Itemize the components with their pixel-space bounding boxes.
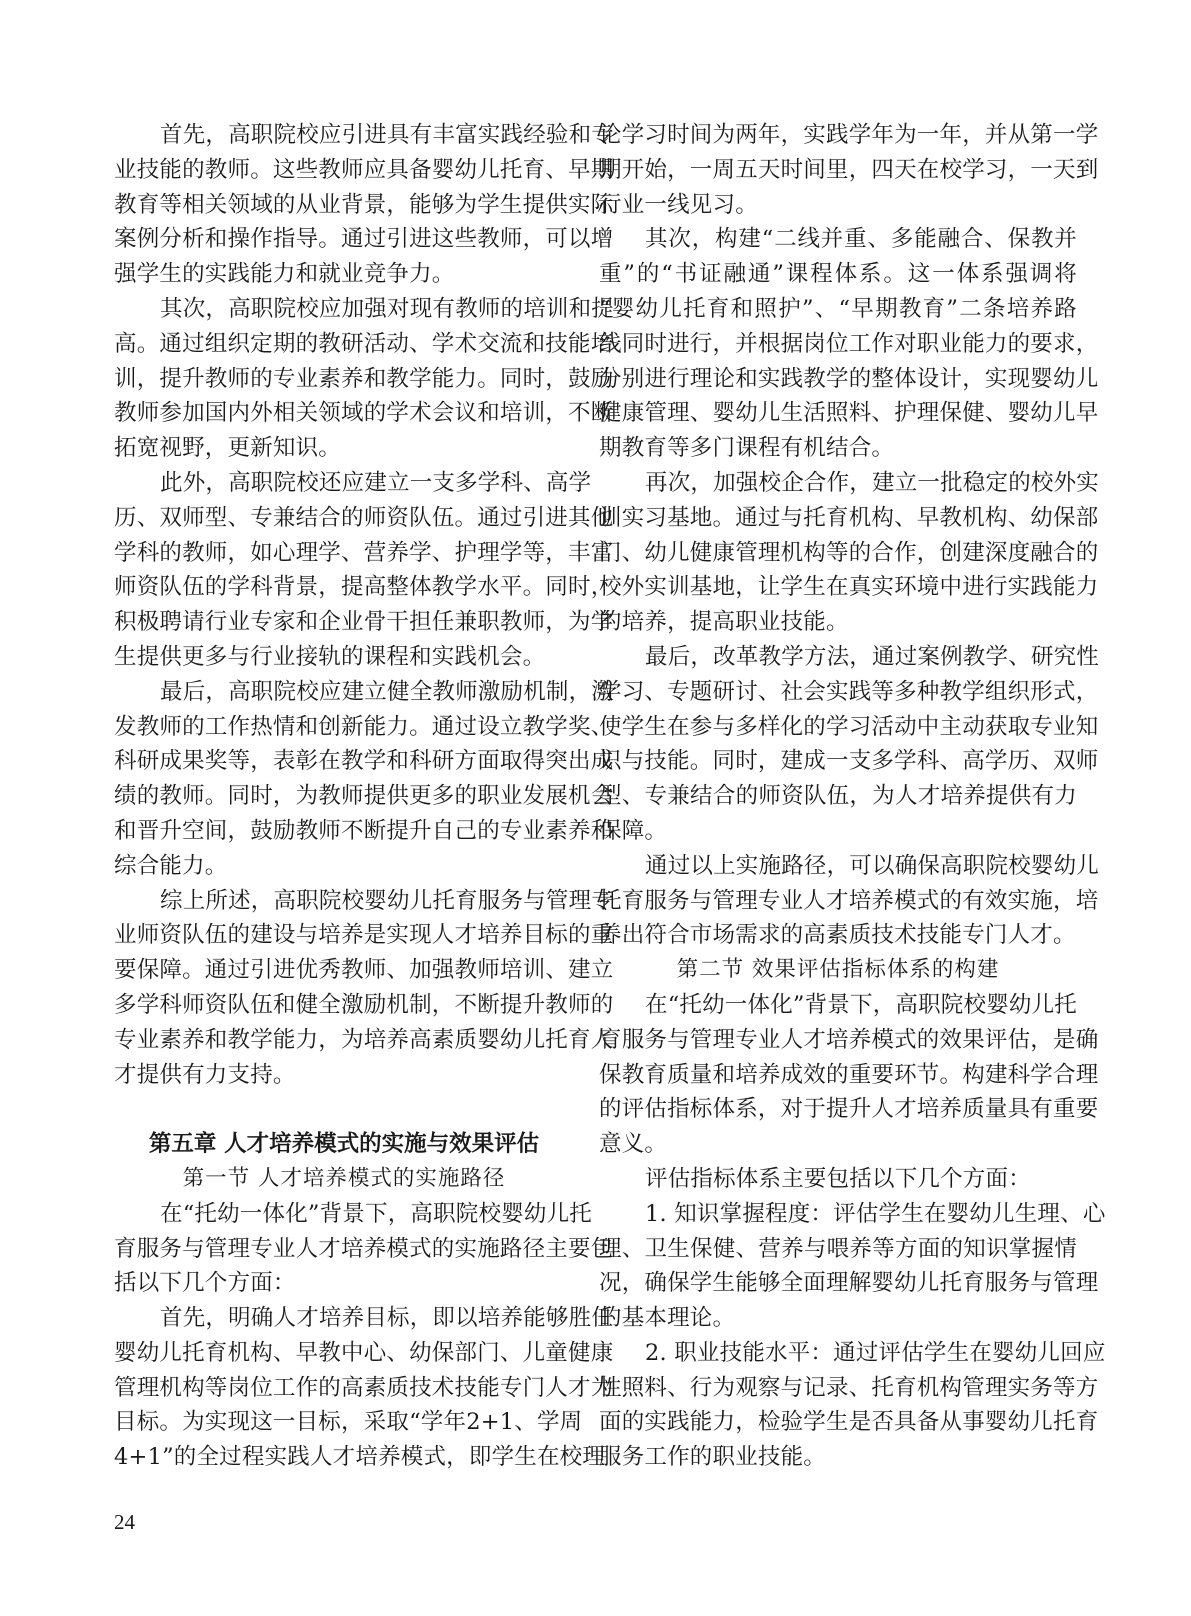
text-line: 通过以上实施路径，可以确保高职院校婴幼儿 [599, 849, 1077, 884]
text-line: 重”的“书证融通”课程体系。这一体系强调将 [599, 257, 1077, 292]
text-line: 1. 知识掌握程度：评估学生在婴幼儿生理、心 [599, 1197, 1077, 1232]
text-line: “婴幼儿托育和照护”、“早期教育”二条培养路 [599, 292, 1077, 327]
text-line: 理、卫生保健、营养与喂养等方面的知识掌握情 [599, 1232, 1077, 1267]
text-line: 科研成果奖等，表彰在教学和科研方面取得突出成 [114, 744, 574, 779]
text-line: 期开始，一周五天时间里，四天在校学习，一天到 [599, 153, 1077, 188]
text-line: 使学生在参与多样化的学习活动中主动获取专业知 [599, 710, 1077, 745]
text-line: 此外，高职院校还应建立一支多学科、高学 [114, 466, 574, 501]
text-line: 首先，高职院校应引进具有丰富实践经验和专 [114, 118, 574, 153]
paragraph: 论学习时间为两年，实践学年为一年，并从第一学期开始，一周五天时间里，四天在校学习… [599, 118, 1077, 222]
text-line: 4+1”的全过程实践人才培养模式，即学生在校理 [114, 1440, 574, 1475]
text-line: 况，确保学生能够全面理解婴幼儿托育服务与管理 [599, 1266, 1077, 1301]
text-line: 最后，改革教学方法，通过案例教学、研究性 [599, 640, 1077, 675]
paragraph: 1. 知识掌握程度：评估学生在婴幼儿生理、心理、卫生保健、营养与喂养等方面的知识… [599, 1197, 1077, 1336]
text-line: 发教师的工作热情和创新能力。通过设立教学奖、 [114, 710, 574, 745]
text-line: 训，提升教师的专业素养和教学能力。同时，鼓励 [114, 362, 574, 397]
text-line: 积极聘请行业专家和企业骨干担任兼职教师，为学 [114, 605, 574, 640]
paragraph: 其次，构建“二线并重、多能融合、保教并重”的“书证融通”课程体系。这一体系强调将… [599, 222, 1077, 466]
text-line: 期教育等多门课程有机结合。 [599, 431, 1077, 466]
text-line: 分别进行理论和实践教学的整体设计，实现婴幼儿 [599, 362, 1077, 397]
text-line: 要保障。通过引进优秀教师、加强教师培训、建立 [114, 953, 574, 988]
text-line: 的基本理论。 [599, 1301, 1077, 1336]
text-line: 其次，构建“二线并重、多能融合、保教并 [599, 222, 1077, 257]
text-line: 再次，加强校企合作，建立一批稳定的校外实 [599, 466, 1077, 501]
text-line: 拓宽视野，更新知识。 [114, 431, 574, 466]
text-line: 学科的教师，如心理学、营养学、护理学等，丰富 [114, 536, 574, 571]
text-line: 业技能的教师。这些教师应具备婴幼儿托育、早期 [114, 153, 574, 188]
text-line: 括以下几个方面： [114, 1266, 574, 1301]
text-line: 健康管理、婴幼儿生活照料、护理保健、婴幼儿早 [599, 396, 1077, 431]
chapter-heading: 第五章 人才培养模式的实施与效果评估 [114, 1127, 574, 1162]
text-line: 门、幼儿健康管理机构等的合作，创建深度融合的 [599, 536, 1077, 571]
text-line: 和晋升空间，鼓励教师不断提升自己的专业素养和 [114, 814, 574, 849]
paragraph: 在“托幼一体化”背景下，高职院校婴幼儿托育服务与管理专业人才培养模式的效果评估，… [599, 988, 1077, 1162]
text-line: 在“托幼一体化”背景下，高职院校婴幼儿托 [114, 1197, 574, 1232]
text-line: 才提供有力支持。 [114, 1058, 574, 1093]
text-line: 首先，明确人才培养目标，即以培养能够胜任 [114, 1301, 574, 1336]
paragraph: 首先，高职院校应引进具有丰富实践经验和专业技能的教师。这些教师应具备婴幼儿托育、… [114, 118, 574, 292]
text-line: 论学习时间为两年，实践学年为一年，并从第一学 [599, 118, 1077, 153]
text-line: 育服务与管理专业人才培养模式的效果评估，是确 [599, 1023, 1077, 1058]
text-line: 服务工作的职业技能。 [599, 1440, 1077, 1475]
text-line: 最后，高职院校应建立健全教师激励机制，激 [114, 675, 574, 710]
text-line: 专业素养和教学能力，为培养高素质婴幼儿托育人 [114, 1023, 574, 1058]
paragraph: 评估指标体系主要包括以下几个方面： [599, 1162, 1077, 1197]
text-line: 历、双师型、专兼结合的师资队伍。通过引进其他 [114, 501, 574, 536]
text-line: 识与技能。同时，建成一支多学科、高学历、双师 [599, 744, 1077, 779]
text-line: 婴幼儿托育机构、早教中心、幼保部门、儿童健康 [114, 1336, 574, 1371]
text-line: 强学生的实践能力和就业竞争力。 [114, 257, 574, 292]
spacer [114, 1092, 574, 1127]
text-line: 其次，高职院校应加强对现有教师的培训和提 [114, 292, 574, 327]
text-line: 保教育质量和培养成效的重要环节。构建科学合理 [599, 1058, 1077, 1093]
paragraph: 通过以上实施路径，可以确保高职院校婴幼儿托育服务与管理专业人才培养模式的有效实施… [599, 849, 1077, 953]
text-line: 教师参加国内外相关领域的学术会议和培训，不断 [114, 396, 574, 431]
text-line: 在“托幼一体化”背景下，高职院校婴幼儿托 [599, 988, 1077, 1023]
text-line: 育服务与管理专业人才培养模式的实施路径主要包 [114, 1232, 574, 1267]
text-line: 综上所述，高职院校婴幼儿托育服务与管理专 [114, 884, 574, 919]
paragraph: 2. 职业技能水平：通过评估学生在婴幼儿回应性照料、行为观察与记录、托育机构管理… [599, 1336, 1077, 1475]
text-line: 型、专兼结合的师资队伍，为人才培养提供有力 [599, 779, 1077, 814]
text-line: 综合能力。 [114, 849, 574, 884]
text-line: 的评估指标体系，对于提升人才培养质量具有重要 [599, 1092, 1077, 1127]
text-line: 线同时进行，并根据岗位工作对职业能力的要求， [599, 327, 1077, 362]
section-heading: 第一节 人才培养模式的实施路径 [114, 1162, 574, 1197]
text-line: 训实习基地。通过与托育机构、早教机构、幼保部 [599, 501, 1077, 536]
text-line: 教育等相关领域的从业背景，能够为学生提供实际 [114, 188, 574, 223]
text-line: 性照料、行为观察与记录、托育机构管理实务等方 [599, 1371, 1077, 1406]
text-line: 案例分析和操作指导。通过引进这些教师，可以增 [114, 222, 574, 257]
paragraph: 最后，高职院校应建立健全教师激励机制，激发教师的工作热情和创新能力。通过设立教学… [114, 675, 574, 884]
text-line: 面的实践能力，检验学生是否具备从事婴幼儿托育 [599, 1405, 1077, 1440]
text-line: 师资队伍的学科背景，提高整体教学水平。同时， [114, 570, 574, 605]
text-line: 学习、专题研讨、社会实践等多种教学组织形式， [599, 675, 1077, 710]
page-number: 24 [114, 1510, 135, 1535]
text-line: 行业一线见习。 [599, 188, 1077, 223]
text-line: 目标。为实现这一目标，采取“学年2+1、学周 [114, 1405, 574, 1440]
text-line: 养出符合市场需求的高素质技术技能专门人才。 [599, 918, 1077, 953]
text-line: 业师资队伍的建设与培养是实现人才培养目标的重 [114, 918, 574, 953]
text-line: 生提供更多与行业接轨的课程和实践机会。 [114, 640, 574, 675]
text-line: 2. 职业技能水平：通过评估学生在婴幼儿回应 [599, 1336, 1077, 1371]
paragraph: 再次，加强校企合作，建立一批稳定的校外实训实习基地。通过与托育机构、早教机构、幼… [599, 466, 1077, 640]
section-heading: 第二节 效果评估指标体系的构建 [599, 953, 1077, 988]
paragraph: 在“托幼一体化”背景下，高职院校婴幼儿托育服务与管理专业人才培养模式的实施路径主… [114, 1197, 574, 1301]
paragraph: 综上所述，高职院校婴幼儿托育服务与管理专业师资队伍的建设与培养是实现人才培养目标… [114, 884, 574, 1093]
text-line: 管理机构等岗位工作的高素质技术技能专门人才为 [114, 1371, 574, 1406]
text-line: 高。通过组织定期的教研活动、学术交流和技能培 [114, 327, 574, 362]
left-column: 首先，高职院校应引进具有丰富实践经验和专业技能的教师。这些教师应具备婴幼儿托育、… [114, 118, 574, 1475]
text-line: 评估指标体系主要包括以下几个方面： [599, 1162, 1077, 1197]
text-line: 校外实训基地，让学生在真实环境中进行实践能力 [599, 570, 1077, 605]
paragraph: 最后，改革教学方法，通过案例教学、研究性学习、专题研讨、社会实践等多种教学组织形… [599, 640, 1077, 849]
paragraph: 首先，明确人才培养目标，即以培养能够胜任婴幼儿托育机构、早教中心、幼保部门、儿童… [114, 1301, 574, 1475]
text-line: 保障。 [599, 814, 1077, 849]
text-line: 托育服务与管理专业人才培养模式的有效实施，培 [599, 884, 1077, 919]
text-line: 意义。 [599, 1127, 1077, 1162]
right-column: 论学习时间为两年，实践学年为一年，并从第一学期开始，一周五天时间里，四天在校学习… [599, 118, 1077, 1475]
text-line: 多学科师资队伍和健全激励机制，不断提升教师的 [114, 988, 574, 1023]
paragraph: 此外，高职院校还应建立一支多学科、高学历、双师型、专兼结合的师资队伍。通过引进其… [114, 466, 574, 675]
paragraph: 其次，高职院校应加强对现有教师的培训和提高。通过组织定期的教研活动、学术交流和技… [114, 292, 574, 466]
text-line: 的培养，提高职业技能。 [599, 605, 1077, 640]
text-line: 绩的教师。同时，为教师提供更多的职业发展机会 [114, 779, 574, 814]
